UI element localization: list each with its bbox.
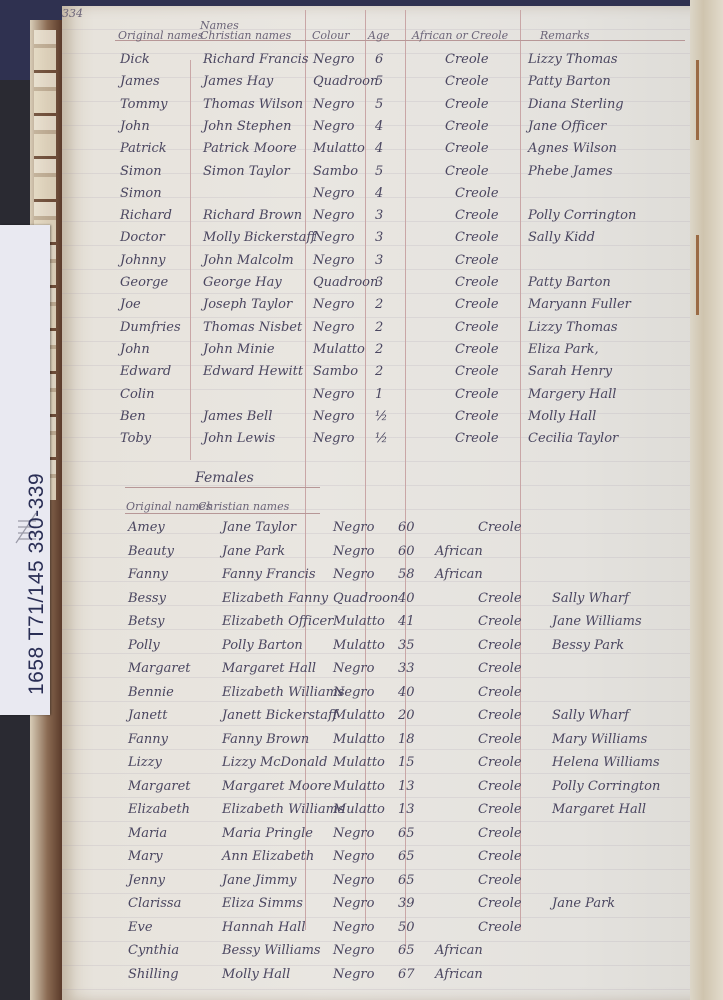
cell-christian: Jane Park [222, 544, 285, 560]
cell-christian: Ann Elizabeth [222, 849, 314, 865]
cell-age: 4 [375, 186, 383, 202]
cell-colour: Negro [333, 661, 374, 677]
cell-origin: Creole [478, 614, 522, 630]
cell-christian: Simon Taylor [203, 164, 290, 180]
column-header: Christian names [198, 499, 289, 515]
cell-christian: Richard Francis [203, 52, 309, 68]
cell-christian: Margaret Hall [222, 661, 316, 677]
cell-christian: Elizabeth Williams [222, 685, 345, 701]
cell-age: 50 [398, 920, 415, 936]
cell-origin: Creole [478, 732, 522, 748]
cell-christian: Elizabeth Williams [222, 802, 345, 818]
column-header: Original names [118, 28, 203, 44]
cell-remarks: Agnes Wilson [528, 141, 617, 157]
cell-colour: Mulatto [333, 638, 385, 654]
cell-origin: Creole [445, 164, 489, 180]
column-header: Remarks [540, 28, 589, 44]
cell-origin: Creole [478, 755, 522, 771]
cell-colour: Mulatto [333, 802, 385, 818]
cell-colour: Quadroon [333, 591, 398, 607]
cell-age: 2 [375, 320, 383, 336]
cell-origin: African [435, 967, 483, 983]
cell-original: James [120, 74, 160, 90]
cell-christian: Fanny Francis [222, 567, 316, 583]
cell-colour: Negro [333, 943, 374, 959]
cell-age: 39 [398, 896, 415, 912]
cell-remarks: Diana Sterling [528, 97, 624, 113]
cell-age: 5 [375, 74, 383, 90]
cell-remarks: Polly Corrington [552, 779, 660, 795]
cell-original: John [120, 119, 150, 135]
cell-colour: Mulatto [313, 141, 365, 157]
cell-origin: Creole [478, 591, 522, 607]
cell-age: 4 [375, 141, 383, 157]
cell-origin: Creole [445, 52, 489, 68]
cell-christian: George Hay [203, 275, 282, 291]
cell-colour: Negro [313, 297, 354, 313]
cell-age: 60 [398, 544, 415, 560]
cell-original: Margaret [128, 779, 190, 795]
cell-age: ½ [375, 431, 388, 447]
cell-origin: Creole [455, 431, 499, 447]
cell-original: Bessy [128, 591, 166, 607]
cell-christian: Polly Barton [222, 638, 303, 654]
cell-origin: Creole [445, 119, 489, 135]
cell-original: Shilling [128, 967, 179, 983]
cell-remarks: Jane Park [552, 896, 615, 912]
cell-christian: Janett Bickerstaff [222, 708, 337, 724]
cell-age: 18 [398, 732, 415, 748]
cell-original: Amey [128, 520, 165, 536]
cell-christian: Molly Bickerstaff [203, 230, 316, 246]
cell-age: 65 [398, 873, 415, 889]
cell-christian: Fanny Brown [222, 732, 309, 748]
cell-original: Maria [128, 826, 167, 842]
cell-colour: Negro [313, 320, 354, 336]
cell-original: Fanny [128, 732, 168, 748]
cell-origin: Creole [478, 661, 522, 677]
cell-age: 58 [398, 567, 415, 583]
cell-christian: Joseph Taylor [203, 297, 292, 313]
cell-age: 2 [375, 297, 383, 313]
cell-colour: Negro [313, 97, 354, 113]
cell-original: Lizzy [128, 755, 162, 771]
cell-colour: Negro [313, 409, 354, 425]
cell-origin: Creole [478, 849, 522, 865]
cell-original: Richard [120, 208, 172, 224]
cell-colour: Sambo [313, 364, 358, 380]
cell-colour: Negro [333, 567, 374, 583]
cell-colour: Negro [333, 873, 374, 889]
cell-colour: Negro [313, 387, 354, 403]
cell-original: Mary [128, 849, 163, 865]
cell-origin: Creole [455, 253, 499, 269]
cell-original: Jenny [128, 873, 165, 889]
cell-age: 3 [375, 208, 383, 224]
cell-age: 13 [398, 802, 415, 818]
cell-colour: Negro [333, 685, 374, 701]
cell-colour: Negro [313, 431, 354, 447]
column-header: Age [368, 28, 390, 44]
cell-colour: Negro [313, 253, 354, 269]
cell-colour: Negro [313, 208, 354, 224]
cell-origin: Creole [455, 387, 499, 403]
cell-origin: Creole [455, 208, 499, 224]
cell-christian: Hannah Hall [222, 920, 306, 936]
cell-origin: Creole [455, 320, 499, 336]
cell-age: 40 [398, 685, 415, 701]
cell-origin: Creole [445, 141, 489, 157]
cell-colour: Negro [333, 967, 374, 983]
cell-christian: Thomas Nisbet [203, 320, 302, 336]
cell-remarks: Sally Wharf [552, 591, 629, 607]
cell-origin: Creole [478, 779, 522, 795]
column-header: Christian names [200, 28, 291, 44]
cell-age: 3 [375, 253, 383, 269]
cell-original: George [120, 275, 168, 291]
cell-christian: Maria Pringle [222, 826, 313, 842]
cell-age: ½ [375, 409, 388, 425]
cell-original: Ben [120, 409, 146, 425]
cell-original: Clarissa [128, 896, 181, 912]
page-number: 334 [62, 6, 83, 22]
cell-colour: Sambo [313, 164, 358, 180]
cell-remarks: Jane Officer [528, 119, 606, 135]
cell-remarks: Sally Wharf [552, 708, 629, 724]
cell-original: Eve [128, 920, 153, 936]
cell-origin: Creole [478, 708, 522, 724]
cell-original: Toby [120, 431, 151, 447]
cell-colour: Mulatto [333, 708, 385, 724]
cell-original: Bennie [128, 685, 174, 701]
cell-remarks: Patty Barton [528, 74, 611, 90]
cell-age: 35 [398, 638, 415, 654]
cell-christian: Richard Brown [203, 208, 302, 224]
cell-origin: Creole [455, 364, 499, 380]
cell-colour: Quadroon [313, 74, 378, 90]
cell-colour: Mulatto [313, 342, 365, 358]
cell-original: Simon [120, 164, 162, 180]
cell-original: Simon [120, 186, 162, 202]
column-rule [190, 60, 191, 460]
cell-christian: John Stephen [203, 119, 292, 135]
cell-origin: African [435, 544, 483, 560]
cell-colour: Negro [333, 849, 374, 865]
cell-christian: Lizzy McDonald [222, 755, 327, 771]
cell-age: 20 [398, 708, 415, 724]
cell-age: 3 [375, 275, 383, 291]
cell-remarks: Margaret Hall [552, 802, 646, 818]
cell-original: Janett [128, 708, 167, 724]
cell-original: Edward [120, 364, 171, 380]
cell-christian: Edward Hewitt [203, 364, 303, 380]
cell-age: 40 [398, 591, 415, 607]
cell-colour: Negro [333, 544, 374, 560]
cell-original: John [120, 342, 150, 358]
cell-colour: Mulatto [333, 755, 385, 771]
cell-remarks: Sarah Henry [528, 364, 612, 380]
females-header-rule [125, 487, 320, 488]
cell-remarks: Helena Williams [552, 755, 660, 771]
cell-origin: Creole [478, 920, 522, 936]
column-header: Colour [312, 28, 350, 44]
cell-remarks: Mary Williams [552, 732, 647, 748]
cell-christian: Elizabeth Officer [222, 614, 333, 630]
cell-original: Tommy [120, 97, 168, 113]
cell-origin: Creole [455, 342, 499, 358]
cell-original: Beauty [128, 544, 174, 560]
cell-age: 65 [398, 849, 415, 865]
cell-colour: Quadroon [313, 275, 378, 291]
cell-remarks: Polly Corrington [528, 208, 636, 224]
cell-age: 41 [398, 614, 415, 630]
cell-original: Cynthia [128, 943, 179, 959]
cell-remarks: Patty Barton [528, 275, 611, 291]
cell-christian: Eliza Simms [222, 896, 303, 912]
cell-original: Doctor [120, 230, 165, 246]
cell-christian: John Malcolm [203, 253, 294, 269]
cell-christian: Bessy Williams [222, 943, 321, 959]
cell-age: 6 [375, 52, 383, 68]
cell-remarks: Bessy Park [552, 638, 624, 654]
cell-colour: Negro [313, 119, 354, 135]
cell-age: 33 [398, 661, 415, 677]
cell-age: 65 [398, 826, 415, 842]
archive-reference: 1658 T71/145 330-339 [25, 473, 49, 695]
cell-remarks: Lizzy Thomas [528, 320, 618, 336]
cell-remarks: Sally Kidd [528, 230, 595, 246]
cell-original: Margaret [128, 661, 190, 677]
cell-origin: African [435, 567, 483, 583]
cell-origin: Creole [445, 74, 489, 90]
cell-colour: Negro [333, 826, 374, 842]
cell-age: 5 [375, 97, 383, 113]
cell-remarks: Maryann Fuller [528, 297, 631, 313]
cell-remarks: Eliza Park, [528, 342, 599, 358]
cell-age: 67 [398, 967, 415, 983]
cell-age: 13 [398, 779, 415, 795]
cell-age: 1 [375, 387, 383, 403]
cell-origin: Creole [455, 409, 499, 425]
cell-christian: Elizabeth Fanny [222, 591, 328, 607]
cell-remarks: Margery Hall [528, 387, 616, 403]
column-header: African or Creole [412, 28, 508, 44]
cell-colour: Negro [333, 896, 374, 912]
cell-original: Joe [120, 297, 141, 313]
cell-christian: James Hay [203, 74, 273, 90]
cell-remarks: Molly Hall [528, 409, 596, 425]
cell-christian: Patrick Moore [203, 141, 297, 157]
facing-page-edge [690, 0, 723, 1000]
cell-origin: Creole [478, 685, 522, 701]
cell-age: 5 [375, 164, 383, 180]
cell-christian: Jane Taylor [222, 520, 296, 536]
cell-remarks: Lizzy Thomas [528, 52, 618, 68]
cell-original: Polly [128, 638, 160, 654]
cell-origin: Creole [445, 97, 489, 113]
cell-christian: Margaret Moore [222, 779, 331, 795]
cell-christian: John Lewis [203, 431, 275, 447]
cell-colour: Mulatto [333, 732, 385, 748]
cell-age: 2 [375, 364, 383, 380]
cell-original: Betsy [128, 614, 165, 630]
cell-origin: Creole [455, 275, 499, 291]
cell-original: Dick [120, 52, 150, 68]
cell-origin: Creole [478, 896, 522, 912]
cell-colour: Mulatto [333, 614, 385, 630]
cell-christian: John Minie [203, 342, 275, 358]
cell-remarks: Cecilia Taylor [528, 431, 618, 447]
cell-origin: Creole [455, 297, 499, 313]
cell-origin: Creole [478, 802, 522, 818]
cell-colour: Negro [333, 920, 374, 936]
cell-age: 65 [398, 943, 415, 959]
cell-remarks: Jane Williams [552, 614, 642, 630]
cell-origin: Creole [478, 873, 522, 889]
cell-age: 3 [375, 230, 383, 246]
cell-colour: Negro [313, 52, 354, 68]
cell-origin: African [435, 943, 483, 959]
cell-original: Johnny [120, 253, 166, 269]
cell-original: Dumfries [120, 320, 181, 336]
cell-original: Colin [120, 387, 154, 403]
cell-christian: Thomas Wilson [203, 97, 303, 113]
cell-age: 4 [375, 119, 383, 135]
cell-colour: Negro [313, 230, 354, 246]
cell-original: Patrick [120, 141, 167, 157]
cell-christian: Jane Jimmy [222, 873, 297, 889]
cell-origin: Creole [478, 638, 522, 654]
cell-original: Elizabeth [128, 802, 190, 818]
cell-colour: Negro [333, 520, 374, 536]
cell-origin: Creole [455, 186, 499, 202]
cell-age: 60 [398, 520, 415, 536]
cell-age: 15 [398, 755, 415, 771]
cell-colour: Negro [313, 186, 354, 202]
cell-origin: Creole [478, 520, 522, 536]
cell-remarks: Phebe James [528, 164, 613, 180]
cell-original: Fanny [128, 567, 168, 583]
cell-age: 2 [375, 342, 383, 358]
cell-origin: Creole [478, 826, 522, 842]
cell-colour: Mulatto [333, 779, 385, 795]
archive-label-card: 1658 T71/145 330-339 [0, 225, 50, 715]
cell-christian: Molly Hall [222, 967, 290, 983]
cell-origin: Creole [455, 230, 499, 246]
cell-christian: James Bell [203, 409, 272, 425]
females-title: Females [195, 470, 254, 486]
